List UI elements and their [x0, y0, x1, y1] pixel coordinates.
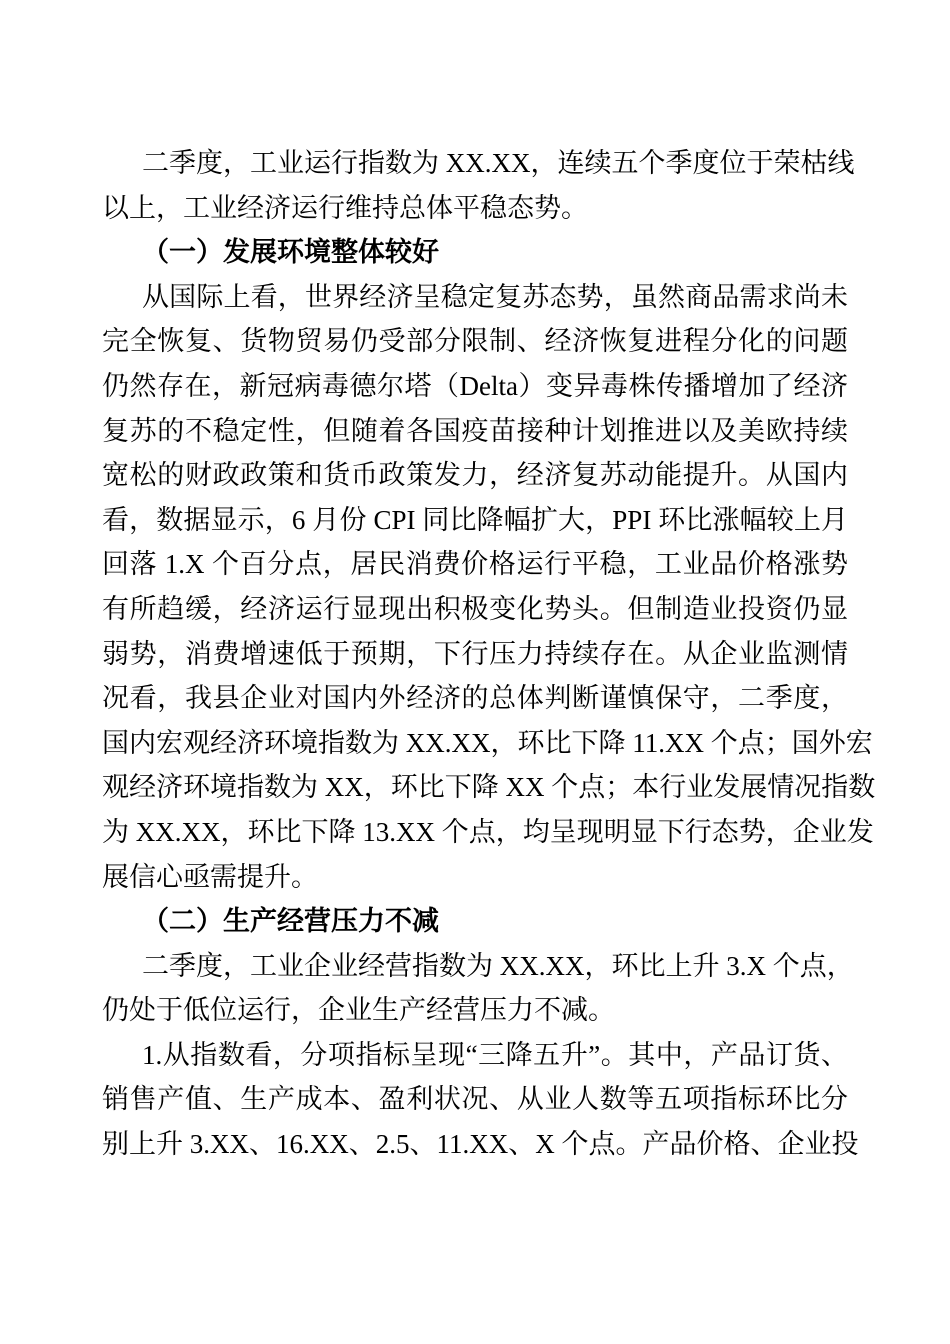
text-line: 完全恢复、货物贸易仍受部分限制、经济恢复进程分化的问题: [102, 319, 848, 364]
text-line: 仍然存在，新冠病毒德尔塔（Delta）变异毒株传播增加了经济: [102, 364, 848, 409]
text-line: 销售产值、生产成本、盈利状况、从业人数等五项指标环比分: [102, 1077, 848, 1122]
document-page: 二季度，工业运行指数为 XX.XX，连续五个季度位于荣枯线以上，工业经济运行维持…: [0, 0, 950, 1344]
text-line: 展信心亟需提升。: [102, 855, 848, 900]
text-line: 仍处于低位运行，企业生产经营压力不减。: [102, 988, 848, 1033]
text-line: 以上，工业经济运行维持总体平稳态势。: [102, 186, 848, 231]
text-line: 复苏的不稳定性，但随着各国疫苗接种计划推进以及美欧持续: [102, 409, 848, 454]
text-line: 弱势，消费增速低于预期，下行压力持续存在。从企业监测情: [102, 632, 848, 677]
text-line: 别上升 3.XX、16.XX、2.5、11.XX、X 个点。产品价格、企业投: [102, 1122, 848, 1167]
text-line: 有所趋缓，经济运行显现出积极变化势头。但制造业投资仍显: [102, 587, 848, 632]
paragraph-block: 从国际上看，世界经济呈稳定复苏态势，虽然商品需求尚未完全恢复、货物贸易仍受部分限…: [102, 275, 848, 899]
document-text: 二季度，工业运行指数为 XX.XX，连续五个季度位于荣枯线以上，工业经济运行维持…: [102, 141, 848, 1167]
text-line: 况看，我县企业对国内外经济的总体判断谨慎保守，二季度，: [102, 676, 848, 721]
text-line: （一）发展环境整体较好: [102, 230, 848, 275]
text-line: 看，数据显示，6 月份 CPI 同比降幅扩大，PPI 环比涨幅较上月: [102, 498, 848, 543]
text-line: 从国际上看，世界经济呈稳定复苏态势，虽然商品需求尚未: [102, 275, 848, 320]
paragraph-block: 1.从指数看，分项指标呈现“三降五升”。其中，产品订货、销售产值、生产成本、盈利…: [102, 1033, 848, 1167]
section-heading: （一）发展环境整体较好: [102, 230, 848, 275]
text-line: 二季度，工业企业经营指数为 XX.XX，环比上升 3.X 个点，: [102, 944, 848, 989]
text-line: 二季度，工业运行指数为 XX.XX，连续五个季度位于荣枯线: [102, 141, 848, 186]
section-heading: （二）生产经营压力不减: [102, 899, 848, 944]
paragraph-block: 二季度，工业企业经营指数为 XX.XX，环比上升 3.X 个点，仍处于低位运行，…: [102, 944, 848, 1033]
text-line: 1.从指数看，分项指标呈现“三降五升”。其中，产品订货、: [102, 1033, 848, 1078]
text-line: 回落 1.X 个百分点，居民消费价格运行平稳，工业品价格涨势: [102, 542, 848, 587]
text-line: 观经济环境指数为 XX，环比下降 XX 个点；本行业发展情况指数: [102, 765, 848, 810]
text-line: 为 XX.XX，环比下降 13.XX 个点，均呈现明显下行态势，企业发: [102, 810, 848, 855]
text-line: （二）生产经营压力不减: [102, 899, 848, 944]
text-line: 国内宏观经济环境指数为 XX.XX，环比下降 11.XX 个点；国外宏: [102, 721, 848, 766]
paragraph-block: 二季度，工业运行指数为 XX.XX，连续五个季度位于荣枯线以上，工业经济运行维持…: [102, 141, 848, 230]
text-line: 宽松的财政政策和货币政策发力，经济复苏动能提升。从国内: [102, 453, 848, 498]
